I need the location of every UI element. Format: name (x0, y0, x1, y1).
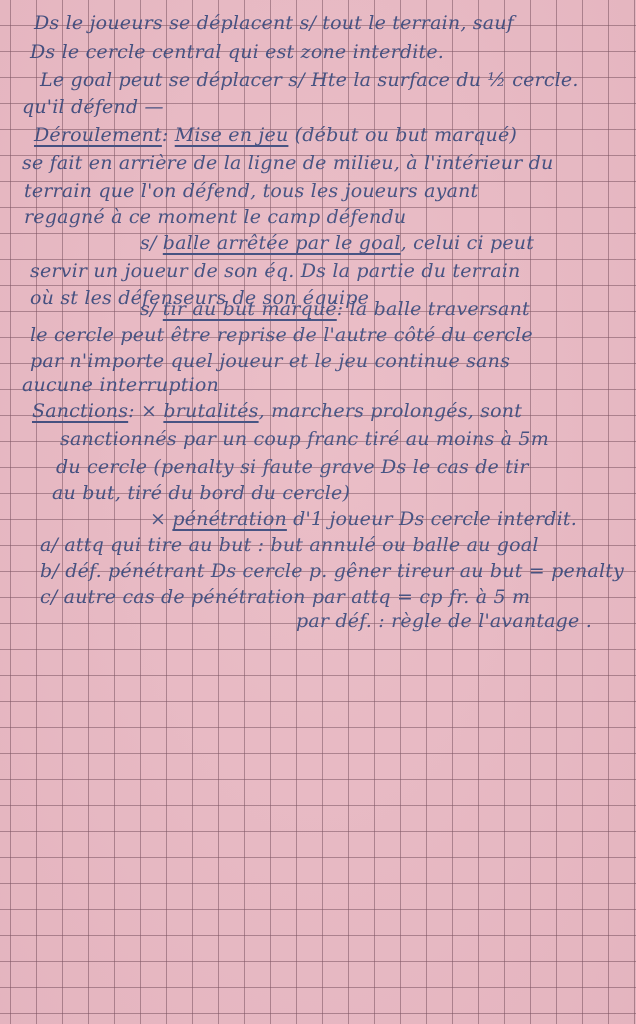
text-line-18: du cercle (penalty si faute grave Ds le … (56, 458, 529, 477)
text-line-24: par déf. : règle de l'avantage . (296, 612, 592, 631)
text-line-6: se fait en arrière de la ligne de milieu… (22, 154, 553, 173)
section-deroulement: Déroulement: Mise en jeu (début ou but m… (34, 126, 517, 145)
text-line-10: servir un joueur de son éq. Ds la partie… (30, 262, 520, 281)
text-line-13: le cercle peut être reprise de l'autre c… (30, 326, 533, 345)
case-penetration: × pénétration d'1 joueur Ds cercle inter… (150, 510, 577, 529)
text-fragment: : la balle traversant (337, 298, 530, 320)
case-tir-au-but: s/ tir au but marqué: la balle traversan… (140, 300, 530, 319)
text-line-7: terrain que l'on défend, tous les joueur… (24, 182, 478, 201)
text-line-2: Ds le cercle central qui est zone interd… (30, 43, 444, 62)
subheading-brutalites: brutalités (163, 400, 258, 422)
text-fragment: d'1 joueur Ds cercle interdit. (287, 508, 577, 530)
subheading-balle-arretee: balle arrêtée par le goal (163, 232, 401, 254)
text-fragment: s/ (140, 298, 163, 320)
text-line-3: Le goal peut se déplacer s/ Hte la surfa… (40, 71, 579, 90)
text-line-1: Ds le joueurs se déplacent s/ tout le te… (34, 14, 514, 33)
graph-paper-page: Ds le joueurs se déplacent s/ tout le te… (0, 0, 636, 1024)
text-line-4: qu'il défend — (22, 98, 164, 117)
subheading-tir-au-but: tir au but marqué (163, 298, 337, 320)
section-sanctions: Sanctions: × brutalités, marchers prolon… (32, 402, 522, 421)
text-fragment: (début ou but marqué) (288, 124, 517, 146)
section-heading-sanctions: Sanctions (32, 400, 128, 422)
subheading-penetration: pénétration (172, 508, 287, 530)
section-heading-deroulement: Déroulement (34, 124, 162, 146)
case-balle-arretee: s/ balle arrêtée par le goal, celui ci p… (140, 234, 534, 253)
separator: : × (128, 400, 163, 422)
text-fragment: × (150, 508, 172, 530)
text-fragment: , marchers prolongés, sont (259, 400, 522, 422)
text-line-14: par n'importe quel joueur et le jeu cont… (30, 352, 510, 371)
text-line-22: b/ déf. pénétrant Ds cercle p. gêner tir… (40, 562, 624, 581)
text-line-21: a/ attq qui tire au but : but annulé ou … (40, 536, 539, 555)
text-fragment: s/ (140, 232, 163, 254)
subheading-mise-en-jeu: Mise en jeu (175, 124, 289, 146)
text-line-15: aucune interruption (22, 376, 219, 395)
text-line-23: c/ autre cas de pénétration par attq = c… (40, 588, 530, 607)
separator: : (162, 124, 175, 146)
text-line-19: au but, tiré du bord du cercle) (52, 484, 350, 503)
text-line-17: sanctionnés par un coup franc tiré au mo… (60, 430, 549, 449)
text-fragment: , celui ci peut (401, 232, 534, 254)
text-line-8: regagné à ce moment le camp défendu (24, 208, 406, 227)
